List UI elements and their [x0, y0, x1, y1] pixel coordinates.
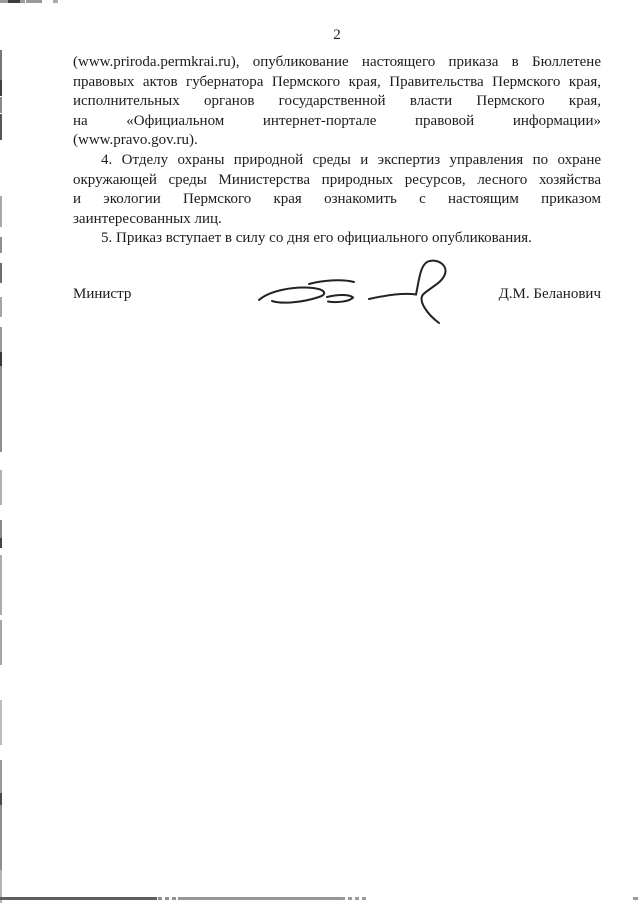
paragraph-continuation: (www.priroda.permkrai.ru), опубликование…: [73, 53, 601, 151]
paragraph-item-4: 4. Отделу охраны природной среды и экспе…: [73, 151, 601, 229]
scan-mark: [0, 114, 2, 140]
scan-mark: [0, 97, 2, 113]
scan-mark: [0, 366, 2, 452]
scan-mark: [0, 700, 2, 745]
scan-mark: [341, 897, 367, 900]
text-line: окружающей среды Министерства природных …: [73, 171, 601, 191]
scan-mark: [0, 793, 2, 805]
text-line: заинтересованных лиц.: [73, 210, 601, 230]
scan-mark: [0, 297, 2, 317]
signature-name-label: Д.М. Беланович: [499, 286, 601, 303]
text-line: на «Официальном интернет-портале правово…: [73, 112, 601, 132]
document-body: (www.priroda.permkrai.ru), опубликование…: [73, 53, 601, 249]
scan-mark: [0, 196, 2, 227]
scan-mark: [0, 263, 2, 283]
scan-mark: [0, 470, 2, 505]
text-line: 4. Отделу охраны природной среды и экспе…: [73, 151, 601, 171]
scan-mark: [0, 897, 157, 900]
signature-role-label: Министр: [73, 286, 131, 303]
document-page: 2 (www.priroda.permkrai.ru), опубликован…: [0, 0, 640, 905]
scan-mark: [158, 897, 178, 900]
signature-image: [253, 253, 463, 328]
scan-mark: [53, 0, 58, 3]
text-line: и экологии Пермского края ознакомить с н…: [73, 190, 601, 210]
scan-mark: [8, 0, 20, 3]
paragraph-item-5: 5. Приказ вступает в силу со дня его офи…: [73, 229, 601, 249]
scan-mark: [0, 327, 2, 352]
text-line: (www.priroda.permkrai.ru), опубликование…: [73, 53, 601, 73]
scan-artifact-top: [0, 0, 640, 3]
scan-artifact-left-edge: [0, 0, 2, 905]
scan-mark: [26, 0, 42, 3]
scan-mark: [0, 805, 2, 870]
text-line: (www.pravo.gov.ru).: [73, 131, 601, 151]
scan-mark: [0, 352, 2, 366]
scan-mark: [178, 897, 341, 900]
text-line: 5. Приказ вступает в силу со дня его офи…: [73, 229, 601, 249]
scan-artifact-bottom: [0, 897, 640, 900]
scan-mark: [0, 620, 2, 665]
scan-mark: [0, 555, 2, 615]
scan-mark: [633, 897, 638, 900]
scan-mark: [0, 80, 2, 96]
text-line: исполнительных органов государственной в…: [73, 92, 601, 112]
page-number: 2: [73, 27, 601, 44]
scan-mark: [0, 538, 2, 548]
scan-mark: [0, 50, 2, 80]
text-line: правовых актов губернатора Пермского кра…: [73, 73, 601, 93]
scan-mark: [0, 237, 2, 253]
